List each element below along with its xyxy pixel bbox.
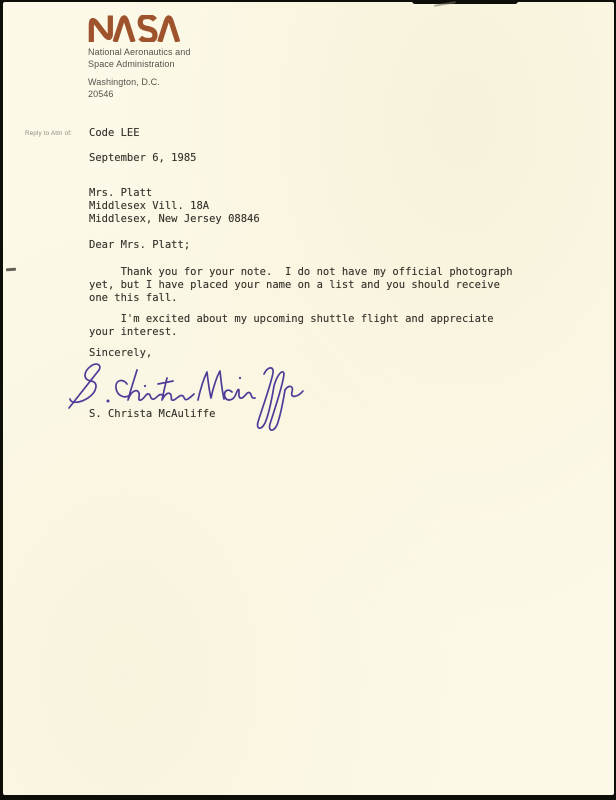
- nasa-logo-letter-a2: [160, 18, 178, 42]
- body-paragraph1-line3: one this fall.: [89, 292, 178, 304]
- salutation: Dear Mrs. Platt;: [89, 239, 190, 251]
- agency-name-line2: Space Administration: [88, 59, 175, 70]
- agency-zip: 20546: [88, 89, 114, 100]
- body-paragraph1-line1: Thank you for your note. I do not have m…: [89, 266, 513, 278]
- letter-page: NASA National Aeronautics and Space Admi…: [3, 2, 614, 795]
- agency-city: Washington, D.C.: [88, 77, 160, 88]
- typed-signature-name: S. Christa McAuliffe: [89, 408, 215, 420]
- nasa-logo: NASA: [88, 15, 183, 42]
- handwritten-signature: S. Christa McAuliffe: [61, 358, 306, 438]
- mail-code: Code LEE: [89, 127, 140, 139]
- scan-artifact-top-edge: [412, 0, 518, 4]
- scan-artifact-dash: [6, 268, 16, 272]
- body-paragraph1-line2: yet, but I have placed your name on a li…: [89, 279, 500, 291]
- body-paragraph2-line1: I'm excited about my upcoming shuttle fl…: [89, 313, 494, 325]
- body-paragraph2-line2: your interest.: [89, 326, 178, 338]
- nasa-logo-letter-s: [140, 16, 155, 40]
- reply-to-attn-label: Reply to Attn of:: [25, 130, 72, 137]
- recipient-address-line2: Middlesex, New Jersey 08846: [89, 213, 260, 225]
- letter-date: September 6, 1985: [89, 152, 196, 164]
- recipient-address-line1: Middlesex Vill. 18A: [89, 200, 209, 212]
- nasa-logo-letter-a1: [115, 18, 133, 42]
- scanned-letter: { "letterhead": { "logo_text": "NASA", "…: [0, 0, 616, 800]
- nasa-logo-letter-n: [91, 15, 110, 42]
- recipient-name: Mrs. Platt: [89, 187, 152, 199]
- agency-name-line1: National Aeronautics and: [88, 47, 190, 58]
